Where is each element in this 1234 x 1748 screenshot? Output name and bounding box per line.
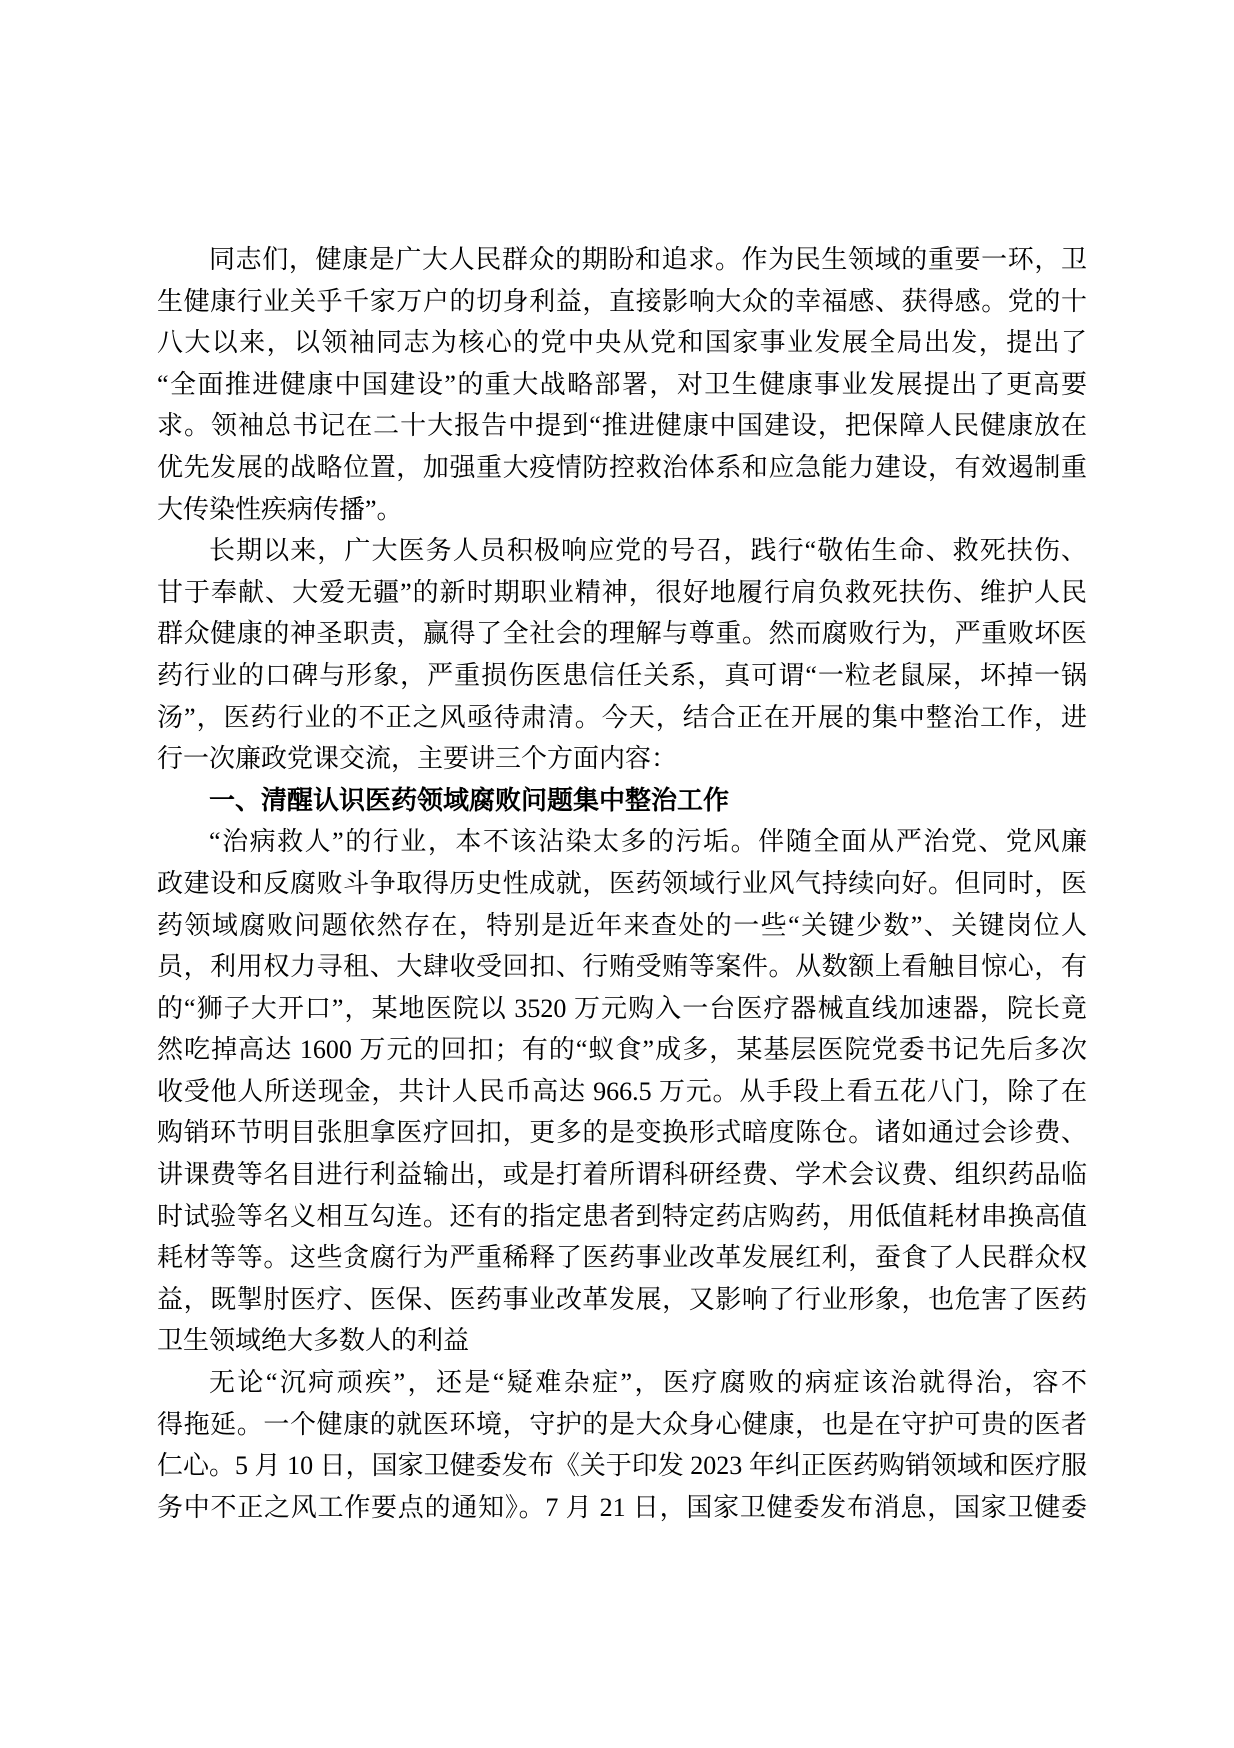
text-line: 收受他人所送现金，共计人民币高达 966.5 万元。从手段上看五花八门，除了在 — [157, 1071, 1087, 1113]
text-line: 然吃掉高达 1600 万元的回扣；有的“蚁食”成多，某基层医院党委书记先后多次 — [157, 1029, 1087, 1071]
text-line: “治病救人”的行业，本不该沾染太多的污垢。伴随全面从严治党、党风廉 — [157, 821, 1087, 863]
section-heading: 一、清醒认识医药领域腐败问题集中整治工作 — [157, 780, 1087, 822]
text-line: 甘于奉献、大爱无疆”的新时期职业精神，很好地履行肩负救死扶伤、维护人民 — [157, 572, 1087, 614]
text-line: 大传染性疾病传播”。 — [157, 489, 1087, 531]
text-line: 群众健康的神圣职责，赢得了全社会的理解与尊重。然而腐败行为，严重败坏医 — [157, 613, 1087, 655]
text-line: 时试验等名义相互勾连。还有的指定患者到特定药店购药，用低值耗材串换高值 — [157, 1196, 1087, 1238]
text-line: 政建设和反腐败斗争取得历史性成就，医药领域行业风气持续向好。但同时，医 — [157, 863, 1087, 905]
text-line: 卫生领域绝大多数人的利益 — [157, 1320, 1087, 1362]
text-line: 行一次廉政党课交流，主要讲三个方面内容： — [157, 738, 1087, 780]
text-line: 讲课费等名目进行利益输出，或是打着所谓科研经费、学术会议费、组织药品临 — [157, 1154, 1087, 1196]
document-body: 同志们，健康是广大人民群众的期盼和追求。作为民生领域的重要一环，卫生健康行业关乎… — [157, 239, 1087, 1528]
text-line: 同志们，健康是广大人民群众的期盼和追求。作为民生领域的重要一环，卫 — [157, 239, 1087, 281]
text-line: 仁心。5 月 10 日，国家卫健委发布《关于印发 2023 年纠正医药购销领域和… — [157, 1445, 1087, 1487]
document-page: 同志们，健康是广大人民群众的期盼和追求。作为民生领域的重要一环，卫生健康行业关乎… — [0, 0, 1234, 1748]
text-line: 八大以来，以领袖同志为核心的党中央从党和国家事业发展全局出发，提出了 — [157, 322, 1087, 364]
text-line: 无论“沉疴顽疾”，还是“疑难杂症”，医疗腐败的病症该治就得治，容不 — [157, 1362, 1087, 1404]
text-line: 务中不正之风工作要点的通知》。7 月 21 日，国家卫健委发布消息，国家卫健委 — [157, 1487, 1087, 1529]
text-line: 汤”，医药行业的不正之风亟待肃清。今天，结合正在开展的集中整治工作，进 — [157, 697, 1087, 739]
text-line: “全面推进健康中国建设”的重大战略部署，对卫生健康事业发展提出了更高要 — [157, 364, 1087, 406]
text-line: 药行业的口碑与形象，严重损伤医患信任关系，真可谓“一粒老鼠屎，坏掉一锅 — [157, 655, 1087, 697]
text-line: 益，既掣肘医疗、医保、医药事业改革发展，又影响了行业形象，也危害了医药 — [157, 1279, 1087, 1321]
text-line: 得拖延。一个健康的就医环境，守护的是大众身心健康，也是在守护可贵的医者 — [157, 1404, 1087, 1446]
text-line: 长期以来，广大医务人员积极响应党的号召，践行“敬佑生命、救死扶伤、 — [157, 530, 1087, 572]
text-line: 药领域腐败问题依然存在，特别是近年来查处的一些“关键少数”、关键岗位人 — [157, 905, 1087, 947]
text-line: 生健康行业关乎千家万户的切身利益，直接影响大众的幸福感、获得感。党的十 — [157, 281, 1087, 323]
text-line: 求。领袖总书记在二十大报告中提到“推进健康中国建设，把保障人民健康放在 — [157, 405, 1087, 447]
text-line: 购销环节明目张胆拿医疗回扣，更多的是变换形式暗度陈仓。诸如通过会诊费、 — [157, 1112, 1087, 1154]
text-line: 员，利用权力寻租、大肆收受回扣、行贿受贿等案件。从数额上看触目惊心，有 — [157, 946, 1087, 988]
text-line: 耗材等等。这些贪腐行为严重稀释了医药事业改革发展红利，蚕食了人民群众权 — [157, 1237, 1087, 1279]
text-line: 优先发展的战略位置，加强重大疫情防控救治体系和应急能力建设，有效遏制重 — [157, 447, 1087, 489]
text-line: 的“狮子大开口”，某地医院以 3520 万元购入一台医疗器械直线加速器，院长竟 — [157, 988, 1087, 1030]
